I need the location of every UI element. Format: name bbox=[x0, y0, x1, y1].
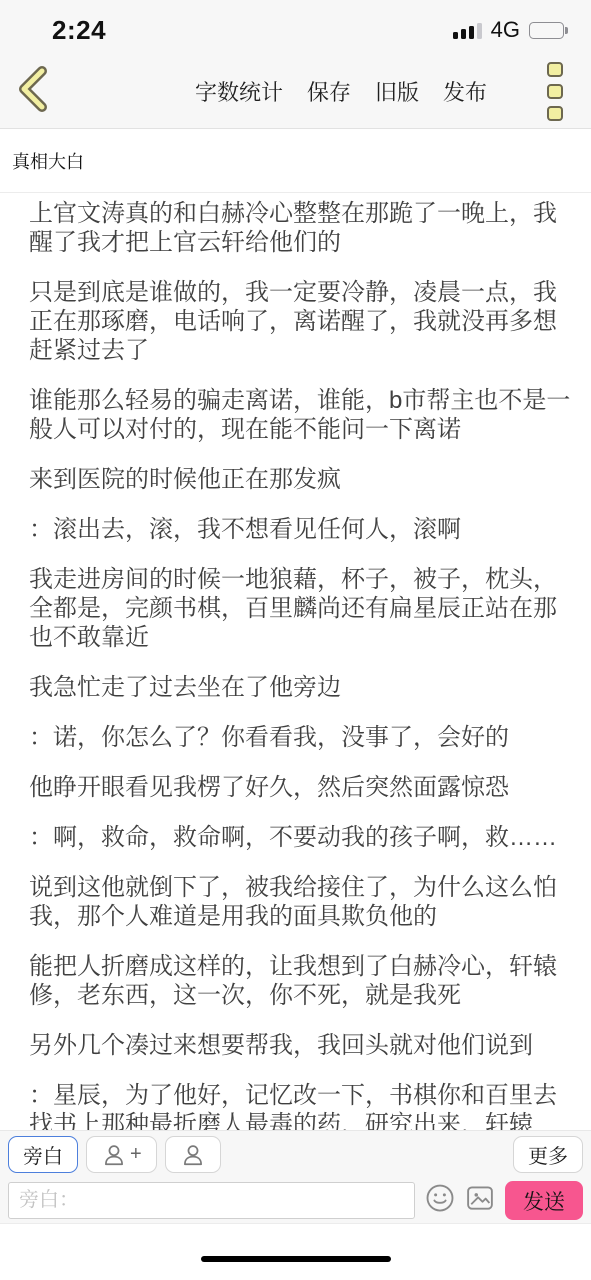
nav-item-word-count[interactable]: 字数统计 bbox=[195, 76, 283, 107]
emoji-button[interactable] bbox=[425, 1183, 455, 1218]
image-button[interactable] bbox=[465, 1183, 495, 1218]
status-icons: 4G bbox=[453, 17, 567, 43]
story-paragraph: 上官文涛真的和白赫冷心整整在那跪了一晚上，我醒了我才把上官云轩给他们的 bbox=[29, 199, 572, 257]
send-button[interactable]: 发送 bbox=[505, 1181, 583, 1220]
story-paragraph: 只是到底是谁做的，我一定要冷静，凌晨一点，我正在那琢磨，电话响了，离诺醒了，我就… bbox=[29, 278, 572, 365]
story-paragraph: 他睁开眼看见我楞了好久，然后突然面露惊恐 bbox=[29, 773, 572, 802]
plus-icon: + bbox=[130, 1143, 142, 1166]
network-type-label: 4G bbox=[491, 17, 520, 43]
chapter-title-row[interactable]: 真相大白 bbox=[0, 129, 591, 193]
more-button[interactable]: 更多 bbox=[513, 1136, 583, 1173]
story-paragraph: 我急忙走了过去坐在了他旁边 bbox=[29, 673, 572, 702]
story-paragraph: 来到医院的时候他正在那发疯 bbox=[29, 465, 572, 494]
person-add-icon bbox=[101, 1142, 127, 1168]
status-bar: 2:24 4G bbox=[0, 0, 591, 54]
narration-button[interactable]: 旁白 bbox=[8, 1136, 78, 1173]
story-paragraph: ：诺，你怎么了？你看看我，没事了，会好的 bbox=[29, 723, 572, 752]
home-bar-zone bbox=[0, 1224, 591, 1280]
narration-button-label: 旁白 bbox=[23, 1140, 63, 1169]
nav-item-publish[interactable]: 发布 bbox=[443, 76, 487, 107]
composer-bar: 发送 bbox=[0, 1178, 591, 1224]
nav-item-old-version[interactable]: 旧版 bbox=[375, 76, 419, 107]
clock-time: 2:24 bbox=[52, 15, 106, 46]
narration-input[interactable] bbox=[8, 1182, 415, 1219]
chevron-left-icon bbox=[16, 65, 50, 118]
story-paragraph: 另外几个凑过来想要帮我，我回头就对他们说到 bbox=[29, 1031, 572, 1060]
triple-square-menu-icon[interactable] bbox=[545, 60, 565, 123]
home-indicator[interactable] bbox=[201, 1256, 391, 1262]
story-paragraph: ：滚出去，滚，我不想看见任何人，滚啊 bbox=[29, 515, 572, 544]
story-paragraph: 能把人折磨成这样的，让我想到了白赫冷心，轩辕修，老东西，这一次，你不死，就是我死 bbox=[29, 952, 572, 1010]
add-character-button[interactable]: + bbox=[86, 1136, 157, 1173]
back-button[interactable] bbox=[16, 66, 56, 116]
picture-icon bbox=[465, 1183, 495, 1218]
story-paragraph: 谁能那么轻易的骗走离诺，谁能，b市帮主也不是一般人可以对付的，现在能不能问一下离… bbox=[29, 386, 572, 444]
nav-item-save[interactable]: 保存 bbox=[307, 76, 351, 107]
story-paragraph: 说到这他就倒下了，被我给接住了，为什么这么怕我，那个人难道是用我的面具欺负他的 bbox=[29, 873, 572, 931]
battery-icon bbox=[529, 22, 564, 39]
app-screen: 2:24 4G 字数统计 保存 旧版 发布 bbox=[0, 0, 591, 1280]
more-button-label: 更多 bbox=[528, 1140, 568, 1169]
nav-actions: 字数统计 保存 旧版 发布 bbox=[195, 60, 565, 123]
nav-bar: 字数统计 保存 旧版 发布 bbox=[0, 54, 591, 129]
role-toolbar: 旁白 + 更多 bbox=[0, 1130, 591, 1178]
story-paragraph: 我走进房间的时候一地狼藉，杯子，被子，枕头，全都是，完颜书棋，百里麟尚还有扁星辰… bbox=[29, 565, 572, 652]
story-paragraph: ：啊，救命，救命啊，不要动我的孩子啊，救…… bbox=[29, 823, 572, 852]
person-icon bbox=[180, 1142, 206, 1168]
cellular-signal-icon bbox=[453, 22, 482, 39]
character-button[interactable] bbox=[165, 1136, 221, 1173]
story-paragraph: ：星辰，为了他好，记忆改一下，书棋你和百里去找书上那种最折磨人最毒的药，研究出来… bbox=[29, 1081, 572, 1130]
chapter-title: 真相大白 bbox=[12, 148, 84, 174]
story-scroll-area[interactable]: 上官文涛真的和白赫冷心整整在那跪了一晚上，我醒了我才把上官云轩给他们的只是到底是… bbox=[0, 193, 591, 1130]
smiley-face-icon bbox=[425, 1183, 455, 1218]
